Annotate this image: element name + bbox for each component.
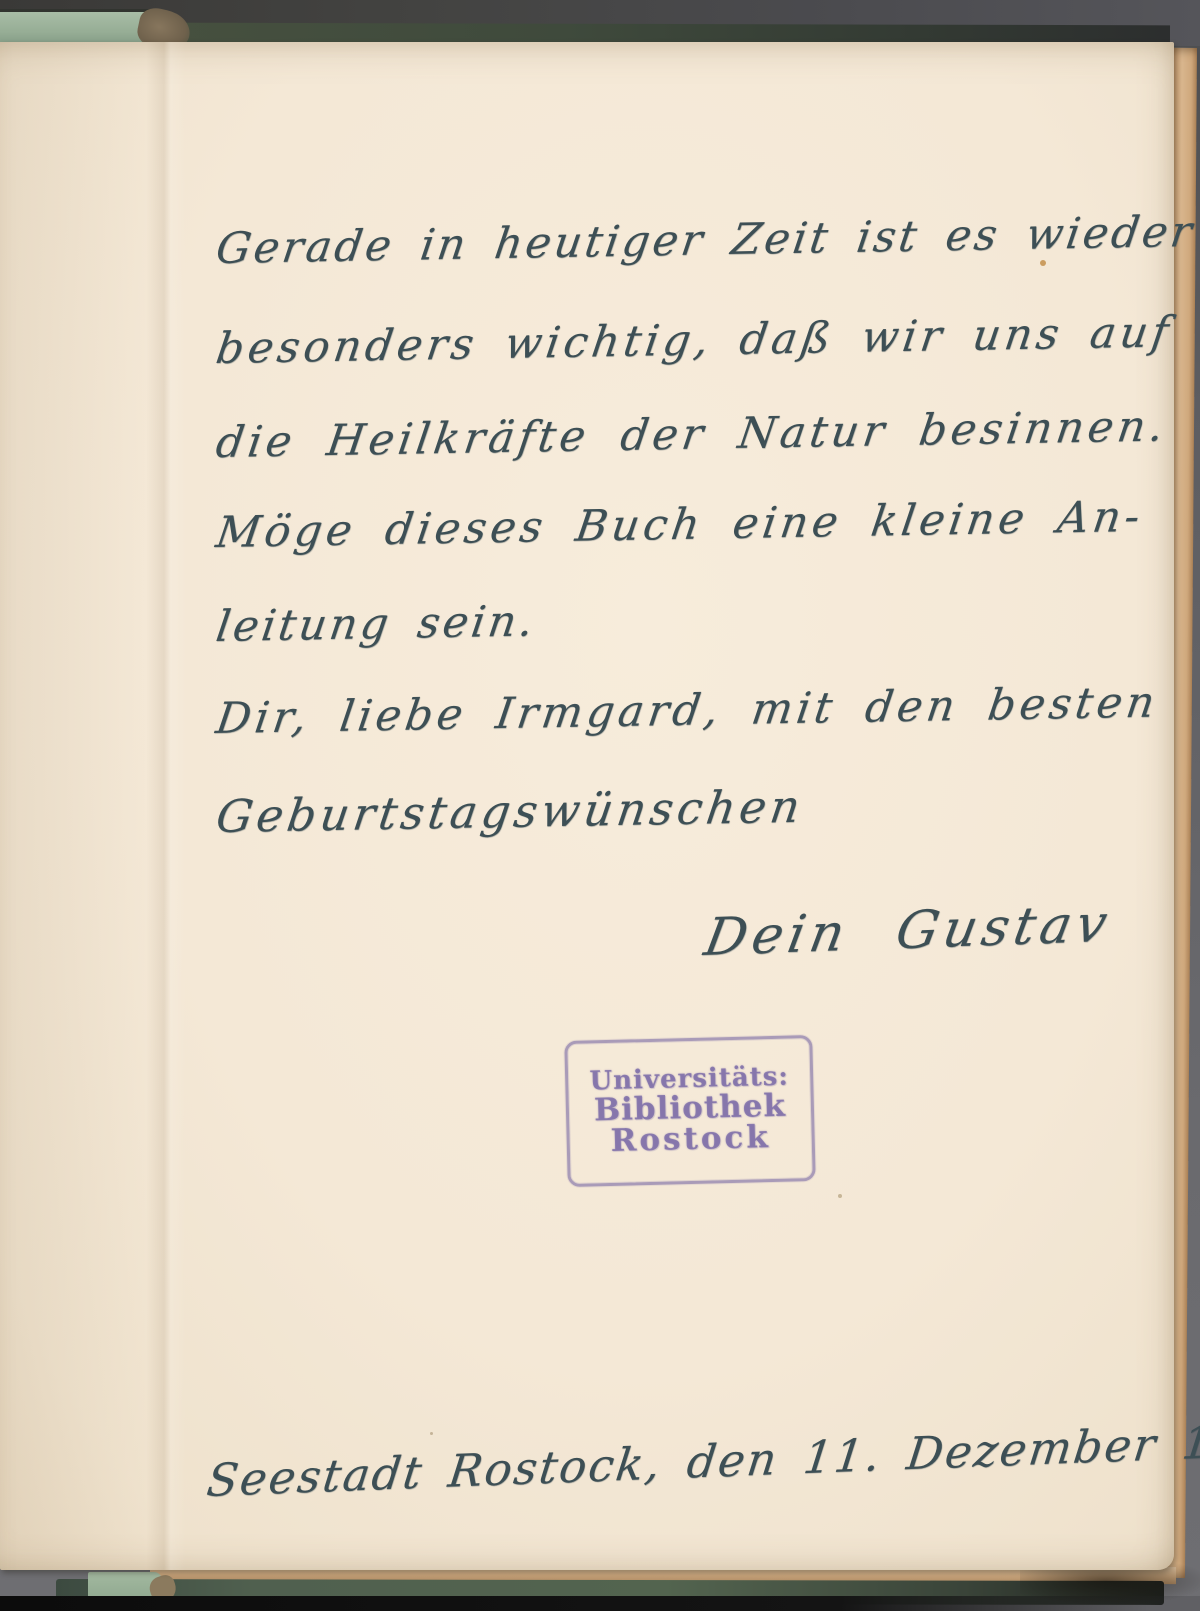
stamp-line-city: Rostock <box>610 1122 771 1158</box>
handwritten-signature: Dein Gustav <box>700 894 1117 968</box>
handwritten-dateline: Seestadt Rostock, den 11. Dezember 1943 <box>204 1412 1200 1507</box>
paper-speck <box>1040 260 1046 266</box>
handwriting-line-7: Geburtstagswünschen <box>213 780 807 843</box>
handwriting-line-2: besonders wichtig, daß wir uns auf <box>213 307 1175 374</box>
handwriting-line-3: die Heilkräfte der Natur besinnen. <box>213 401 1171 468</box>
handwriting-line-6: Dir, liebe Irmgard, mit den besten <box>213 678 1162 744</box>
paper-speck <box>838 1194 842 1198</box>
paper-speck <box>430 1432 433 1435</box>
library-stamp: Universitäts: Bibliothek Rostock <box>564 1035 815 1187</box>
book-scan: Gerade in heutiger Zeit ist es wieder be… <box>0 0 1200 1611</box>
gutter-crease <box>146 42 186 1570</box>
handwriting-line-1: Gerade in heutiger Zeit ist es wieder <box>213 207 1198 274</box>
handwriting-line-4: Möge dieses Buch eine kleine An- <box>213 492 1147 558</box>
gutter-shading <box>0 42 150 1570</box>
flyleaf-page: Gerade in heutiger Zeit ist es wieder be… <box>0 42 1174 1570</box>
handwriting-line-5: leitung sein. <box>213 596 539 652</box>
